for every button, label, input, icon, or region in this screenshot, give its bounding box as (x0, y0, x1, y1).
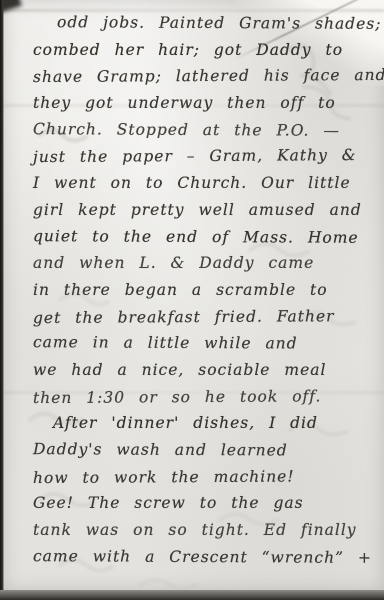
handwritten-line: then 1:30 or so he took off. (33, 387, 376, 416)
handwritten-line: how to work the machine! (33, 467, 376, 496)
paper-bottom-shadow (0, 590, 384, 600)
handwritten-line: they got underway then off to (33, 94, 376, 121)
handwritten-line: just the paper – Gram, Kathy & (33, 146, 376, 175)
handwritten-line: we had a nice, sociable meal (33, 361, 376, 388)
handwritten-line: came with a Crescent “wrench” + (33, 547, 376, 575)
handwritten-line: girl kept pretty well amused and (33, 201, 376, 228)
handwritten-line: in there began a scramble to (33, 281, 376, 308)
handwritten-line: shave Gramp; lathered his face and, (33, 66, 376, 95)
handwritten-line: tank was on so tight. Ed finally (33, 521, 376, 548)
photographed-letter: odd jobs. Painted Gram's shades;combed h… (0, 0, 384, 600)
handwritten-line: odd jobs. Painted Gram's shades; (57, 13, 376, 41)
handwritten-line: came in a little while and (33, 333, 376, 361)
handwritten-line: After 'dinner' dishes, I did (53, 414, 376, 441)
handwritten-line: get the breakfast fried. Father (33, 307, 376, 336)
handwritten-line: Gee! The screw to the gas (33, 494, 376, 521)
handwritten-line: Church. Stopped at the P.O. — (33, 120, 376, 148)
handwritten-line: Daddy's wash and learned (33, 440, 376, 468)
letter-body: odd jobs. Painted Gram's shades;combed h… (3, 6, 382, 574)
handwritten-line: combed her hair; got Daddy to (33, 41, 376, 68)
handwritten-line: quiet to the end of Mass. Home (33, 227, 376, 255)
handwritten-line: and when L. & Daddy came (33, 254, 376, 281)
handwritten-line: I went on to Church. Our little (33, 174, 376, 201)
